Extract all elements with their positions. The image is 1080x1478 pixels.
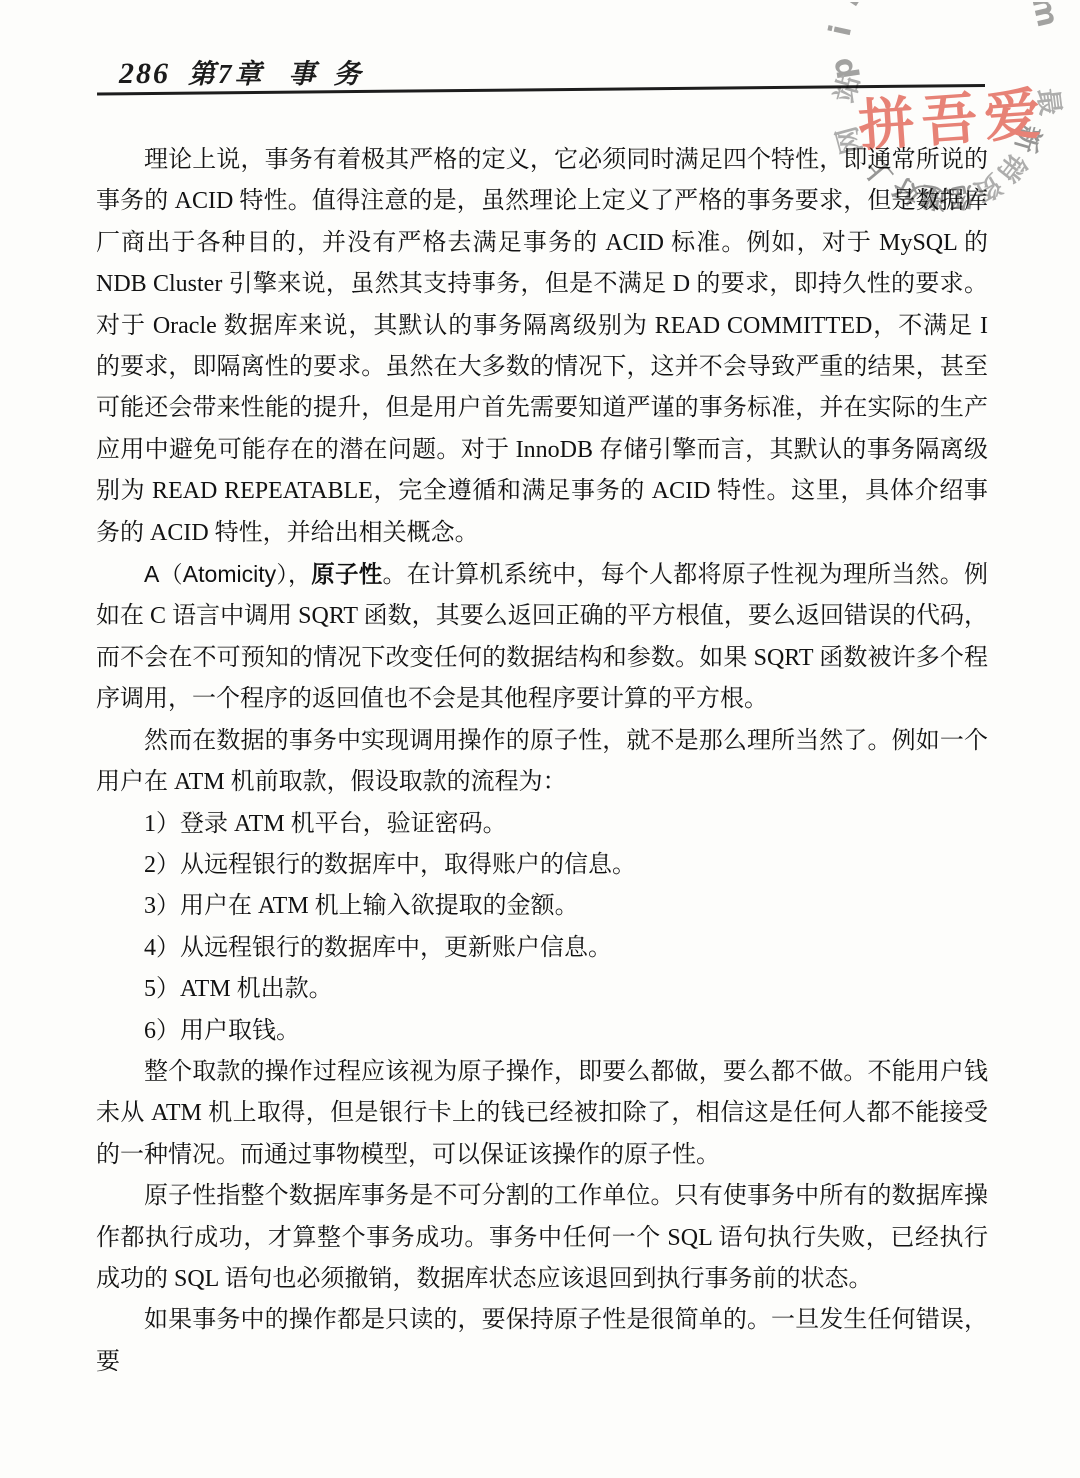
watermark-ring-char: 销 bbox=[992, 148, 1032, 188]
step-item: 3）用户在 ATM 机上输入欲提取的金额。 bbox=[96, 886, 988, 927]
watermark-ring-char: 新 bbox=[1010, 121, 1046, 155]
chapter-title: 事务 bbox=[289, 59, 379, 89]
paragraph-readonly: 如果事务中的操作都是只读的，要保持原子性是很简单的。一旦发生任何错误，要 bbox=[96, 1300, 988, 1383]
page-number: 286 bbox=[119, 57, 170, 90]
term-atomicity-en: A（Atomicity）， bbox=[144, 561, 311, 587]
term-atomicity-cn: 原子性 bbox=[311, 561, 382, 587]
step-item: 1）登录 ATM 机平台，验证密码。 bbox=[96, 804, 988, 845]
watermark-ring-char: 最 bbox=[1032, 87, 1065, 117]
paragraph-atomicity-sql: 原子性指整个数据库事务是不可分割的工作单位。只有使事务中所有的数据库操作都执行成… bbox=[96, 1176, 988, 1300]
step-item: 2）从远程银行的数据库中，取得账户的信息。 bbox=[96, 845, 988, 886]
chapter-label: 第7章 bbox=[188, 59, 265, 89]
step-item: 4）从远程银行的数据库中，更新账户信息。 bbox=[96, 928, 988, 969]
paragraph-intro-acid: 理论上说，事务有着极其严格的定义，它必须同时满足四个特性，即通常所说的事务的 A… bbox=[96, 140, 988, 554]
paragraph-atm-intro: 然而在数据的事务中实现调用操作的原子性，就不是那么理所当然了。例如一个用户在 A… bbox=[96, 721, 988, 804]
step-item: 6）用户取钱。 bbox=[96, 1011, 988, 1052]
step-item: 5）ATM 机出款。 bbox=[96, 969, 988, 1010]
page-body: 理论上说，事务有着极其严格的定义，它必须同时满足四个特性，即通常所说的事务的 A… bbox=[96, 140, 988, 1383]
book-page-scan: 286第7章事务 pin5i.com 站 网 上 好 邀 您 资 销 新 最 拼… bbox=[0, 0, 1080, 1478]
paragraph-atomic-operation: 整个取款的操作过程应该视为原子操作，即要么都做，要么都不做。不能用户钱未从 AT… bbox=[96, 1052, 988, 1176]
paragraph-atomicity-definition: A（Atomicity），原子性。在计算机系统中，每个人都将原子性视为理所当然。… bbox=[96, 554, 988, 721]
